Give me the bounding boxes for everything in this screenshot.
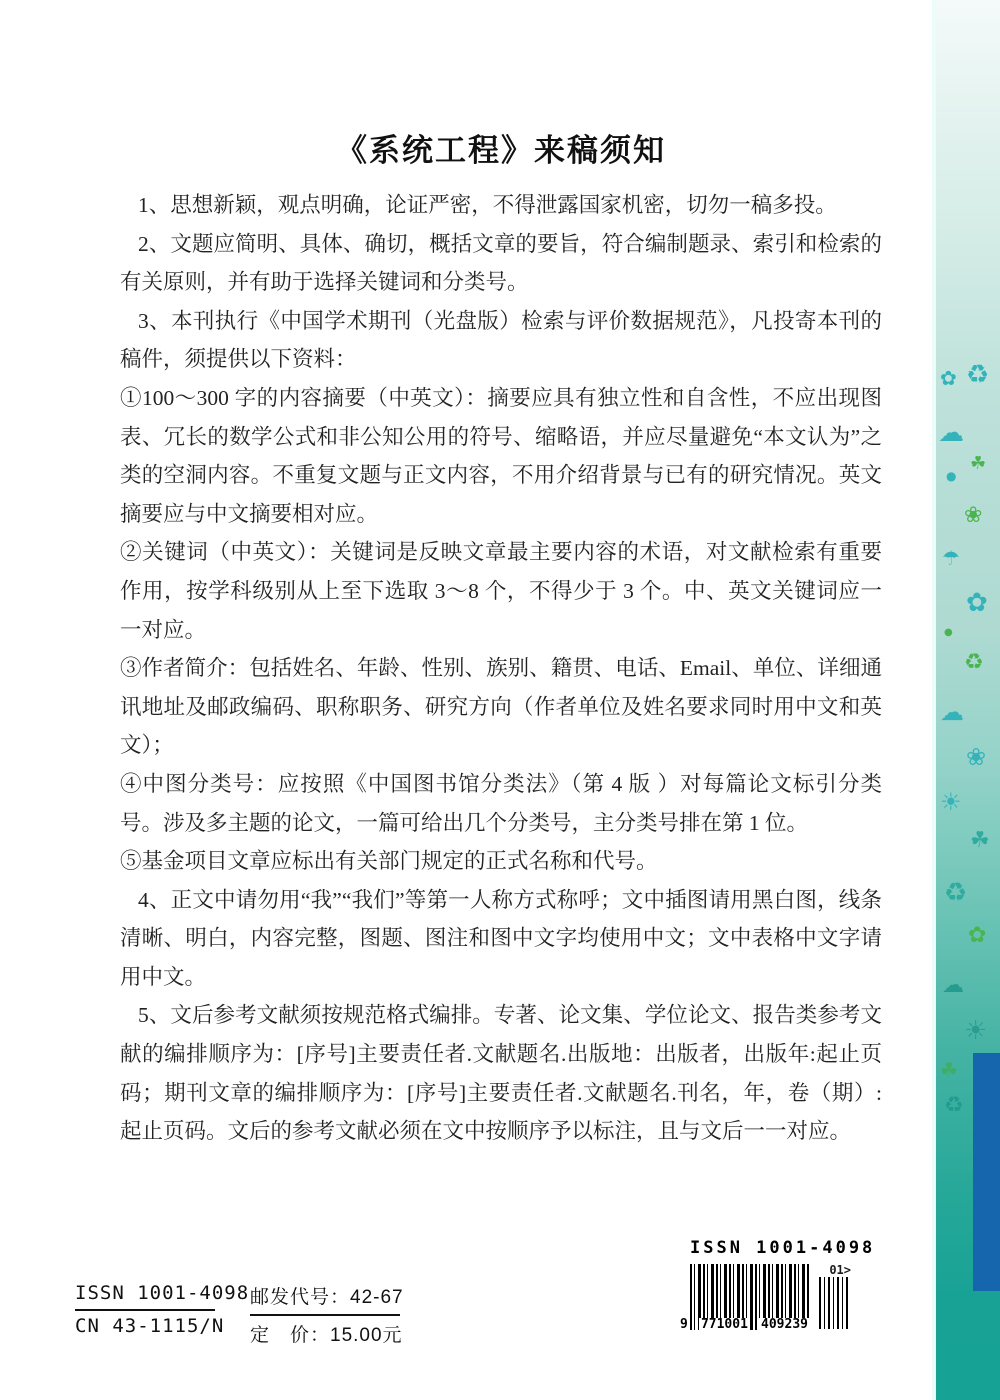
recycle-icon: ♻ [964,652,984,674]
blue-accent-block [973,1053,1000,1291]
barcode-issn-text: ISSN 1001-4098 [690,1238,868,1258]
sun-icon: ☀ [964,1018,987,1044]
price-label: 定 价：15.00元 [250,1320,400,1347]
flower-icon: ✿ [940,368,957,388]
issn-cn-block: ISSN 1001-4098 CN 43-1115/N [75,1282,215,1337]
leaf-icon: ☘ [970,830,990,852]
postal-code-label: 邮发代号：42-67 [250,1282,400,1309]
cloud-icon: ☁ [938,420,964,446]
notice-paragraph: 3、本刊执行《中国学术期刊（光盘版）检索与评价数据规范》，凡投寄本刊的稿件，须提… [120,302,882,379]
cn-label: CN 43-1115/N [75,1315,215,1337]
notice-paragraph: ①100～300 字的内容摘要（中英文）：摘要应具有独立性和自含性，不应出现图表… [120,379,882,533]
barcode-digit-group: 9 [678,1318,690,1332]
barcode-digit-group: 771001 [699,1318,750,1332]
cloud-icon: ☁ [940,700,964,724]
notice-paragraph: 2、文题应简明、具体、确切，概括文章的要旨，符合编制题录、索引和检索的有关原则，… [120,225,882,302]
blossom-icon: ❀ [964,505,982,527]
notice-paragraph: ⑤基金项目文章应标出有关部门规定的正式名称和代号。 [120,842,882,881]
barcode-digits: 9 771001 409239 [678,1318,810,1332]
side-strip: ♻ ✿ ☁ ☘ ● ❀ ☂ ✿ ● ♻ ☁ ❀ ☀ ☘ ♻ ✿ ☁ ☀ ☘ ♻ [932,0,1000,1400]
flower-icon: ✿ [966,590,988,616]
recycle-icon: ♻ [944,880,967,906]
page-title: 《系统工程》来稿须知 [120,125,882,170]
barcode-addon: 01> [819,1264,851,1329]
submission-notice: 1、思想新颖，观点明确，论证严密，不得泄露国家机密，切勿一稿多投。 2、文题应简… [120,186,882,1151]
barcode-addon-bars [819,1277,851,1329]
divider [250,1314,400,1316]
issn-label: ISSN 1001-4098 [75,1282,215,1304]
cloud-icon: ☁ [942,975,964,997]
leaf-icon: ☘ [940,1060,958,1080]
recycle-icon: ♻ [966,362,989,388]
journal-back-cover: ♻ ✿ ☁ ☘ ● ❀ ☂ ✿ ● ♻ ☁ ❀ ☀ ☘ ♻ ✿ ☁ ☀ ☘ ♻ … [0,0,1000,1400]
barcode-digit-group: 409239 [759,1318,810,1332]
flower-icon: ✿ [968,925,986,947]
drop-icon: ● [944,628,953,638]
notice-paragraph: 4、正文中请勿用“我”“我们”等第一人称方式称呼；文中插图请用黑白图，线条清晰、… [120,881,882,997]
blossom-icon: ❀ [966,745,986,769]
notice-paragraph: ④中图分类号：应按照《中国图书馆分类法》（第 4 版 ）对每篇论文标引分类号。涉… [120,765,882,842]
drop-icon: ● [946,470,956,482]
leaf-icon: ☘ [970,455,986,473]
barcode-block: ISSN 1001-4098 9 771001 409239 01> [690,1238,868,1330]
notice-paragraph: ②关键词（中英文）：关键词是反映文章最主要内容的术语，对文献检索有重要作用，按学… [120,533,882,649]
barcode-addon-text: 01> [819,1264,851,1276]
ean13-barcode: 9 771001 409239 [690,1264,810,1330]
recycle-icon: ♻ [944,1095,964,1117]
umbrella-icon: ☂ [942,548,960,568]
sun-icon: ☀ [940,790,962,814]
notice-paragraph: ③作者简介：包括姓名、年龄、性别、族别、籍贯、电话、Email、单位、详细通讯地… [120,649,882,765]
divider [75,1309,215,1311]
notice-paragraph: 5、文后参考文献须按规范格式编排。专著、论文集、学位论文、报告类参考文献的编排顺… [120,996,882,1150]
postal-price-block: 邮发代号：42-67 定 价：15.00元 [250,1282,400,1347]
notice-paragraph: 1、思想新颖，观点明确，论证严密，不得泄露国家机密，切勿一稿多投。 [120,186,882,225]
